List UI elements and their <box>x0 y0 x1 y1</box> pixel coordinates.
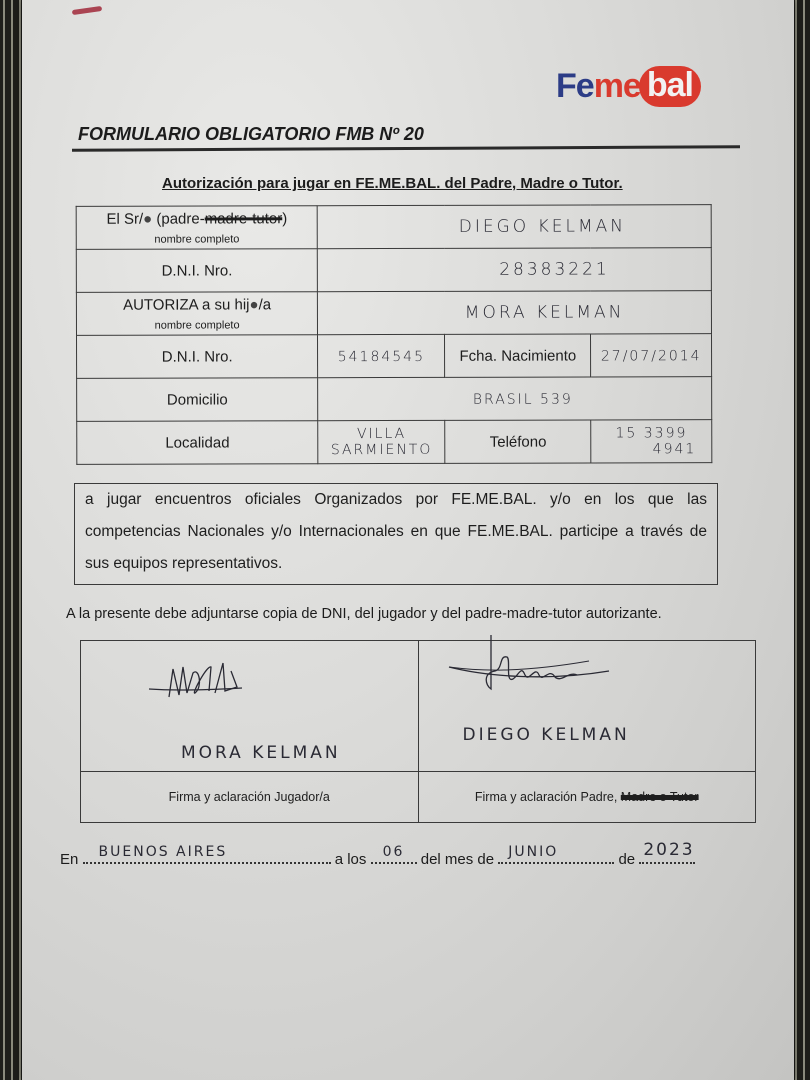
player-printed-name: MORA KELMAN <box>181 743 341 763</box>
guardian-signature-caption: Firma y aclaración Padre, Madre o Tutor <box>418 772 756 823</box>
child-name-label: AUTORIZA a su hij●/a nombre completo <box>76 292 317 336</box>
title-divider <box>72 145 740 151</box>
form-paper: Femebal FORMULARIO OBLIGATORIO FMB Nº 20… <box>22 0 794 1080</box>
phone-label: Teléfono <box>445 420 591 463</box>
guardian-name-label: El Sr/● (padre-madre-tutor) nombre compl… <box>76 206 317 250</box>
mes-label: del mes de <box>421 851 494 868</box>
guardian-name-row: El Sr/● (padre-madre-tutor) nombre compl… <box>76 205 711 250</box>
child-name-row: AUTORIZA a su hij●/a nombre completo MOR… <box>76 291 711 336</box>
address-label: Domicilio <box>77 378 318 422</box>
authorization-text: a jugar encuentros oficiales Organizados… <box>74 483 718 585</box>
phone-field[interactable]: 15 33994941 <box>591 420 712 463</box>
femebal-logo: Femebal <box>556 64 701 108</box>
guardian-signature <box>439 635 619 695</box>
birthdate-field[interactable]: 27/07/2014 <box>591 334 712 377</box>
guardian-signature-area[interactable]: DIEGO KELMAN <box>418 641 756 772</box>
authorization-table: El Sr/● (padre-madre-tutor) nombre compl… <box>76 204 713 465</box>
child-dni-row: D.N.I. Nro. 54184545 Fcha. Nacimiento 27… <box>77 334 712 379</box>
a-los-label: a los <box>335 851 367 868</box>
logo-bal: bal <box>639 66 701 107</box>
day-field[interactable]: 06 <box>371 846 417 864</box>
guardian-dni-field[interactable]: 28383221 <box>318 248 712 292</box>
address-row: Domicilio BRASIL 539 <box>77 377 712 422</box>
birthdate-label: Fcha. Nacimiento <box>445 334 591 377</box>
en-label: En <box>60 851 78 868</box>
year-field[interactable]: 2023 <box>639 846 695 864</box>
city-field[interactable]: BUENOS AIRES <box>83 846 331 864</box>
place-date-line: En BUENOS AIRES a los 06 del mes de JUNI… <box>60 846 695 868</box>
guardian-dni-label: D.N.I. Nro. <box>76 249 317 293</box>
form-title: FORMULARIO OBLIGATORIO FMB Nº 20 <box>78 124 424 145</box>
de-label: de <box>618 851 635 868</box>
attachment-note: A la presente debe adjuntarse copia de D… <box>66 606 662 622</box>
guardian-dni-row: D.N.I. Nro. 28383221 <box>76 248 711 293</box>
signature-table: MORA KELMAN DIEGO KELMAN Firma y aclarac… <box>80 640 756 823</box>
player-signature-area[interactable]: MORA KELMAN <box>81 641 419 772</box>
address-field[interactable]: BRASIL 539 <box>318 377 712 421</box>
child-name-field[interactable]: MORA KELMAN <box>318 291 712 335</box>
logo-me: me <box>594 67 641 106</box>
guardian-name-field[interactable]: DIEGO KELMAN <box>317 205 711 249</box>
locality-label: Localidad <box>77 421 318 465</box>
logo-fe: Fe <box>556 67 594 106</box>
player-signature <box>147 657 247 703</box>
guardian-printed-name: DIEGO KELMAN <box>463 725 630 745</box>
locality-row: Localidad VILLASARMIENTO Teléfono 15 339… <box>77 420 712 465</box>
child-dni-label: D.N.I. Nro. <box>77 335 318 379</box>
form-subtitle: Autorización para jugar en FE.ME.BAL. de… <box>162 175 623 192</box>
pen-mark <box>72 6 102 15</box>
child-dni-field[interactable]: 54184545 <box>318 334 445 377</box>
locality-field[interactable]: VILLASARMIENTO <box>318 420 445 463</box>
month-field[interactable]: JUNIO <box>498 846 614 864</box>
player-signature-caption: Firma y aclaración Jugador/a <box>81 772 419 823</box>
